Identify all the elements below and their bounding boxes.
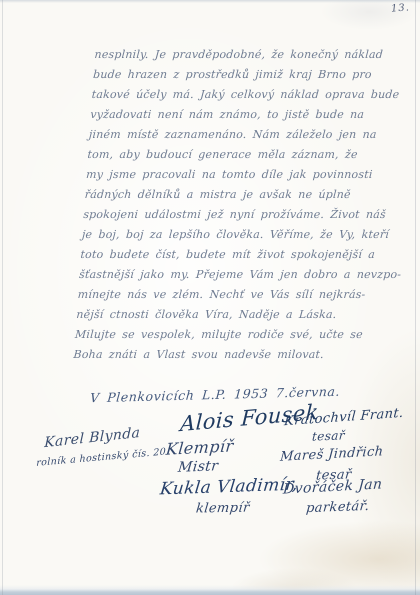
- handwritten-line: vyžadovati není nám známo, to jistě bude…: [90, 105, 411, 125]
- handwritten-line: mínejte nás ve zlém. Nechť ve Vás sílí n…: [77, 285, 398, 305]
- handwritten-line: bude hrazen z prostředků jimiž kraj Brno…: [92, 65, 413, 85]
- handwritten-line: spokojeni událostmi jež nyní prožíváme. …: [83, 205, 404, 225]
- signature-mares-jindrich: Mareš Jindřich: [280, 444, 384, 464]
- handwritten-line: tom, aby budoucí generace měla záznam, ž…: [87, 145, 408, 165]
- handwritten-body: nesplnily. Je pravděpodobné, že konečný …: [73, 45, 415, 365]
- handwritten-line: Boha znáti a Vlast svou nadevše milovat.: [73, 345, 394, 365]
- handwritten-line: jiném místě zaznamenáno. Nám záleželo je…: [88, 125, 409, 145]
- handwritten-line: toto budete číst, budete mít život spoko…: [80, 245, 401, 265]
- handwritten-line: Milujte se vespolek, milujte rodiče své,…: [74, 325, 395, 345]
- signature-role-fousek-line1: Klempíř: [165, 436, 234, 459]
- handwritten-line: nesplnily. Je pravděpodobné, že konečný …: [94, 45, 415, 65]
- handwritten-line: je boj, boj za lepšího člověka. Věříme, …: [81, 225, 402, 245]
- handwritten-line: takové účely má. Jaký celkový náklad opr…: [91, 85, 412, 105]
- handwritten-line: nější ctnosti člověka Víra, Naděje a Lás…: [76, 305, 397, 325]
- handwritten-line: my jsme pracovali na tomto díle jak povi…: [85, 165, 406, 185]
- handwritten-line: šťastnější jako my. Přejeme Vám jen dobr…: [78, 265, 399, 285]
- handwritten-line: řádných dělníků a mistra je avšak ne úpl…: [84, 185, 405, 205]
- page-number: 13.: [391, 2, 411, 14]
- signature-role-kratochvil: tesař: [312, 428, 346, 443]
- scan-edge-right: [415, 0, 416, 595]
- signature-role-fousek-line2: Mistr: [177, 458, 219, 475]
- signature-role-dvoracek: parketář.: [305, 499, 370, 516]
- scanned-page: 13. nesplnily. Je pravděpodobné, že kone…: [0, 0, 420, 595]
- signature-kukla-vladimir: Kukla Vladimír,: [159, 475, 299, 500]
- signature-karel-blynda: Karel Blynda: [44, 425, 141, 451]
- scan-edge-left: [2, 0, 3, 595]
- signature-role-kukla: klempíř: [195, 501, 250, 517]
